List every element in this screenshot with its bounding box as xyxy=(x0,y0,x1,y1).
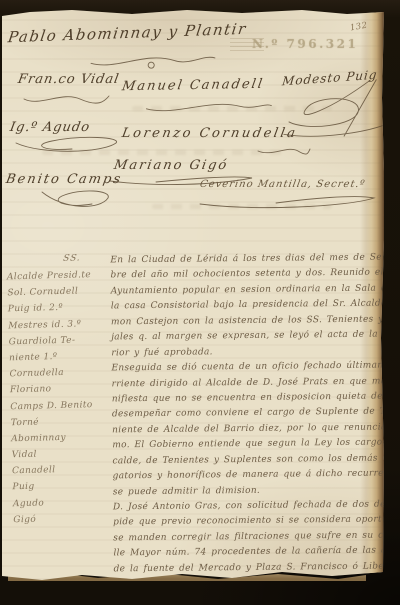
signature-rubric xyxy=(144,95,274,119)
signature-rubric xyxy=(254,143,312,159)
signature: Lorenzo Cornudella xyxy=(122,126,297,141)
manuscript-scan: 132 N.º 796.321 Pablo Abominnay y Planti… xyxy=(0,0,400,605)
signature-name: Manuel Canadell xyxy=(121,77,265,95)
signature: Fran.co Vidal xyxy=(18,72,119,87)
signature-rubric xyxy=(89,47,220,74)
manuscript-page: 132 N.º 796.321 Pablo Abominnay y Planti… xyxy=(2,8,384,582)
signature: Pablo Abominnay y Plantir xyxy=(8,20,247,46)
attendee-name: Gigó xyxy=(13,512,113,531)
signature-rubric xyxy=(34,186,116,214)
signature-name: Benito Camps xyxy=(5,172,124,187)
signature-rubric xyxy=(196,192,382,212)
signature-name: Ceverino Mantilla, Secret.º xyxy=(199,179,366,190)
signature: Manuel Canadell xyxy=(122,77,264,94)
signature: Ceverino Mantilla, Secret.º xyxy=(200,179,365,190)
minutes-body-text: En la Ciudad de Lérida á los tres dias d… xyxy=(110,253,375,580)
margin-heading: SS. xyxy=(5,253,81,272)
signature-name: Pablo Abominnay y Plantir xyxy=(7,20,248,46)
signature: Ig.º Agudo xyxy=(10,120,90,135)
signature-rubric xyxy=(10,133,126,157)
signature-name: Lorenzo Cornudella xyxy=(121,126,299,141)
signature-rubric xyxy=(20,89,112,109)
signature-name: Mariano Gigó xyxy=(113,158,230,173)
margin-attendee-list: SS. Alcalde Presid.te Sol. Cornudell Pui… xyxy=(6,253,113,532)
signature: Modesto Puig xyxy=(282,68,378,89)
signature: Mariano Gigó xyxy=(114,158,228,173)
signature: Benito Camps xyxy=(6,172,122,187)
stamp-number: N.º 796.321 xyxy=(252,37,358,51)
signature-name: Fran.co Vidal xyxy=(17,72,121,87)
